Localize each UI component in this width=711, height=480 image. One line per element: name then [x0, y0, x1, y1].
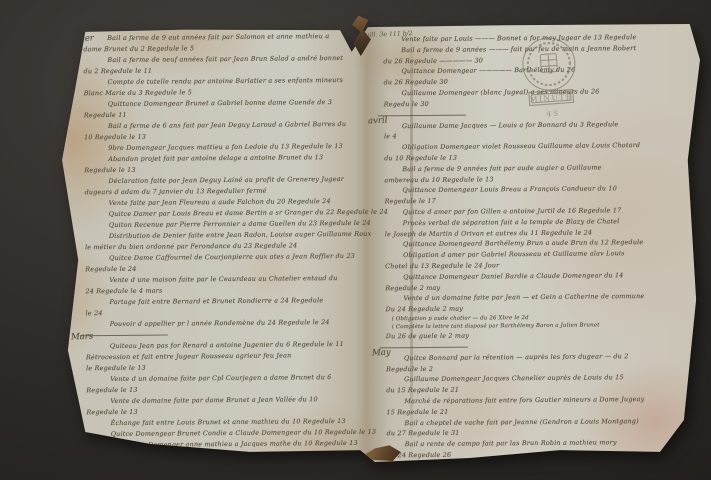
- page-left-text: Bail a ferme de 9 aut années fait par Sa…: [83, 31, 372, 451]
- handwritten-line: Guillaume Domenger anne mathieu a Jacque…: [87, 438, 372, 451]
- paper-sheet: fevrier Mars Bail a ferme de 9 aut année…: [55, 20, 700, 462]
- stamp-value-text: 4 S: [546, 110, 558, 119]
- notarial-stamp: MINUTE 4 S: [497, 31, 603, 130]
- handwritten-line: du 24 Regedule 26: [387, 448, 687, 461]
- stamp-banner-text: MINUTE: [529, 92, 573, 104]
- manuscript-spread: fevrier Mars Bail a ferme de 9 aut année…: [55, 20, 700, 462]
- scan-background: fevrier Mars Bail a ferme de 9 aut année…: [0, 0, 711, 480]
